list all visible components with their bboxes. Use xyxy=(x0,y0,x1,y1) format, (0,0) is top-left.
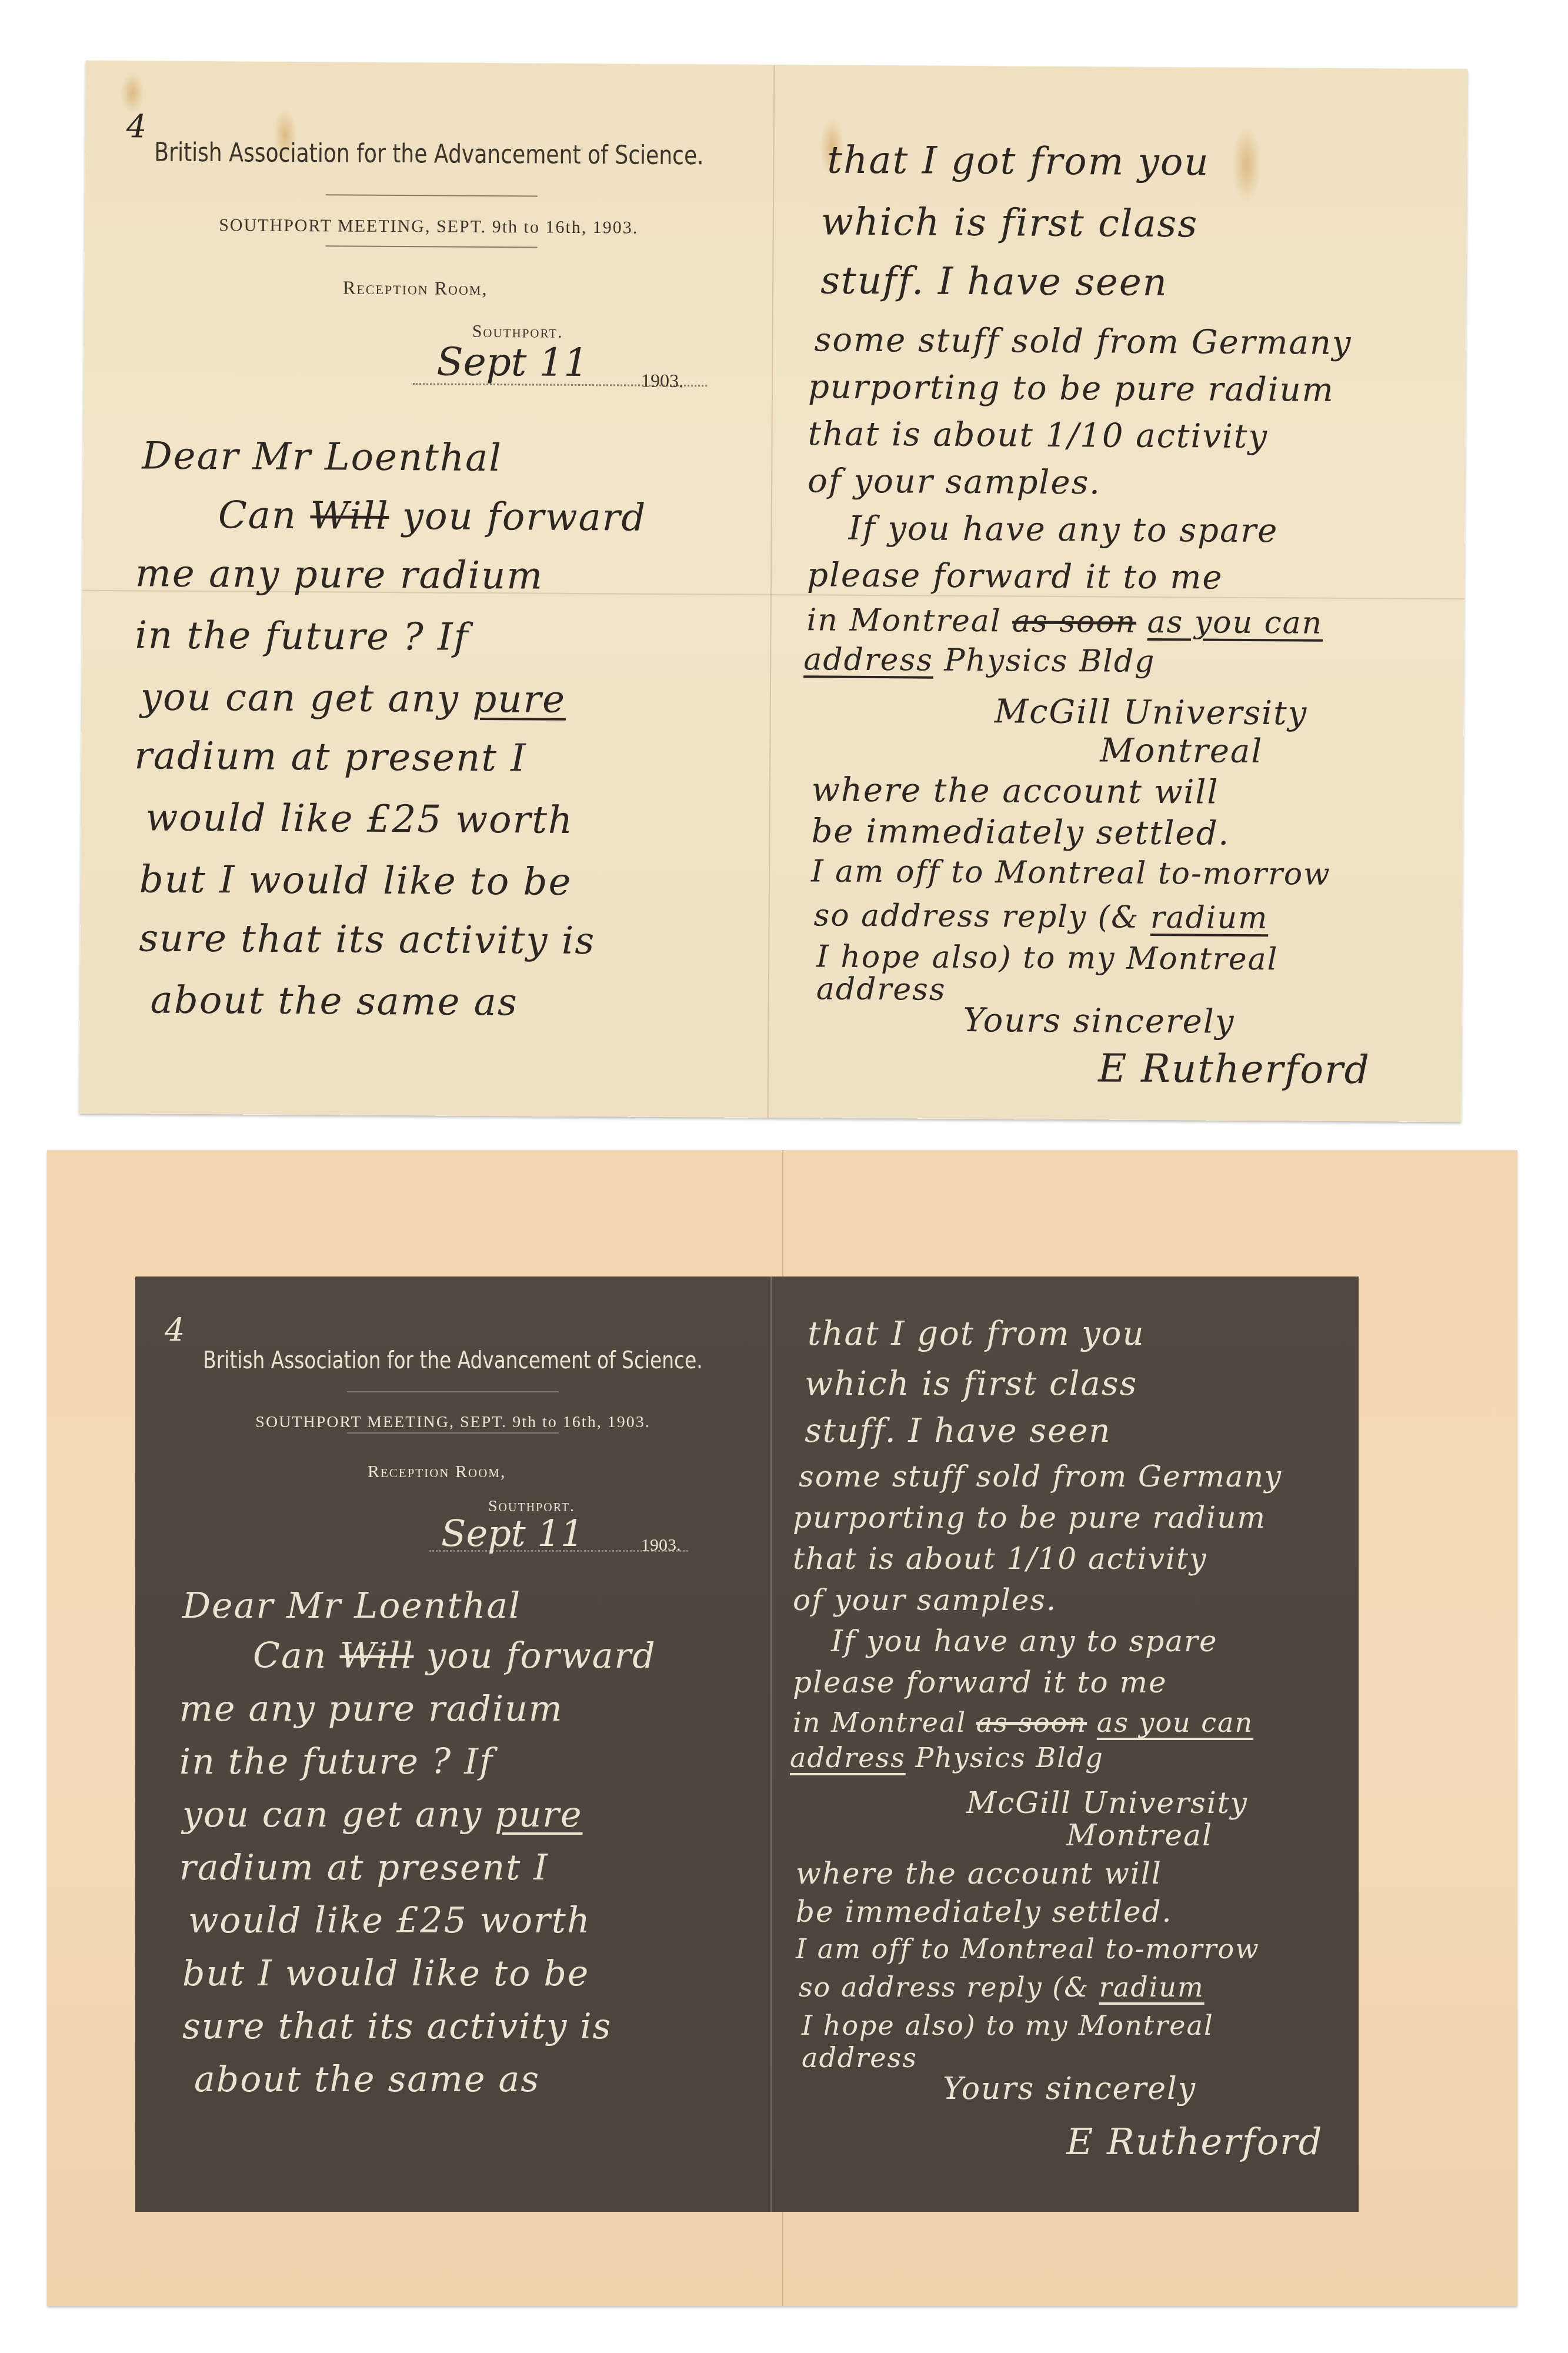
letter-line: If you have any to spare xyxy=(831,1627,1218,1656)
letter-line: stuff. I have seen xyxy=(805,1415,1111,1448)
letter-line: would like £25 worth xyxy=(188,1903,591,1938)
letter-line: Can Will you forward xyxy=(253,1638,656,1674)
letter-line: in the future ? If xyxy=(135,616,469,656)
letter-line: I am off to Montreal to-morrow xyxy=(811,856,1331,889)
letter-line: be immediately settled. xyxy=(796,1897,1172,1927)
letter-line: I hope also) to my Montreal xyxy=(816,941,1278,975)
closing: Yours sincerely xyxy=(943,2074,1196,2104)
letter-line: about the same as xyxy=(194,2062,540,2097)
address-line: Montreal xyxy=(1066,1821,1213,1850)
letter-line: address xyxy=(816,974,946,1005)
photostat-page-right: that I got from you which is first class… xyxy=(772,1277,1359,2212)
letter-line: I am off to Montreal to-morrow xyxy=(796,1935,1260,1962)
letter-line: where the account will xyxy=(812,774,1219,809)
letter-line: would like £25 worth xyxy=(145,799,573,839)
letter-line: please forward it to me xyxy=(807,559,1223,594)
photostat-mount: 4 British Association for the Advancemen… xyxy=(47,1150,1517,2306)
letter-line: sure that its activity is xyxy=(182,2009,612,2044)
letter-page-right: that I got from you which is first class… xyxy=(769,65,1468,1122)
letter-line: some stuff sold from Germany xyxy=(814,324,1352,360)
salutation: Dear Mr Loenthal xyxy=(182,1588,521,1624)
letter-line: so address reply (& radium xyxy=(813,900,1268,934)
letter-line: that I got from you xyxy=(808,1318,1145,1351)
letterhead-rule xyxy=(326,245,538,248)
letter-line: so address reply (& radium xyxy=(799,1974,1205,2001)
letter-line: of your samples. xyxy=(808,465,1101,499)
letter-line: be immediately settled. xyxy=(811,815,1230,850)
address-line: McGill University xyxy=(995,695,1308,730)
date-year: 1903. xyxy=(641,1535,681,1555)
letter-line: in the future ? If xyxy=(179,1744,493,1779)
letter-line: that I got from you xyxy=(827,142,1209,182)
letter-line: purporting to be pure radium xyxy=(793,1503,1266,1532)
letter-line: please forward it to me xyxy=(793,1668,1167,1697)
letterhead-rule xyxy=(326,194,538,196)
letter-line: sure that its activity is xyxy=(139,919,595,960)
letter-line: which is first class xyxy=(805,1368,1137,1401)
letter-line: radium at present I xyxy=(134,737,527,777)
letterhead-rule xyxy=(347,1391,559,1392)
letter-line: Can Will you forward xyxy=(218,496,647,536)
letter-line: which is first class xyxy=(821,203,1199,243)
photostat-page-left: 4 British Association for the Advancemen… xyxy=(135,1277,770,2212)
letterhead-organization: British Association for the Advancement … xyxy=(147,137,712,171)
letter-line: you can get any pure xyxy=(182,1797,583,1832)
date-year: 1903. xyxy=(641,370,683,392)
letterhead-meeting: SOUTHPORT MEETING, SEPT. 9th to 16th, 19… xyxy=(85,215,773,239)
salutation: Dear Mr Loenthal xyxy=(142,437,502,477)
letter-line: address Physics Bldg xyxy=(803,644,1155,677)
folio-mark: 4 xyxy=(126,108,147,145)
letter-line: you can get any pure xyxy=(141,678,566,718)
letter-line: but I would like to be xyxy=(139,861,572,901)
letterhead-room: Reception Room, xyxy=(368,1462,506,1482)
negative-photostat: 4 British Association for the Advancemen… xyxy=(135,1277,1359,2212)
address-line: Montreal xyxy=(1100,734,1263,768)
signature: E Rutherford xyxy=(1066,2124,1323,2160)
date-handwritten: Sept 11 xyxy=(441,1512,583,1555)
letter-line: in Montreal as soon as you can xyxy=(807,605,1323,638)
folio-mark: 4 xyxy=(165,1312,185,1349)
letter-page-left: 4 British Association for the Advancemen… xyxy=(79,61,774,1118)
letter-line: that is about 1/10 activity xyxy=(793,1544,1207,1574)
original-letter: 4 British Association for the Advancemen… xyxy=(79,61,1468,1122)
letter-line: about the same as xyxy=(151,982,518,1022)
letter-line: me any pure radium xyxy=(179,1691,563,1727)
letter-line: of your samples. xyxy=(793,1585,1057,1615)
signature: E Rutherford xyxy=(1098,1049,1370,1089)
letterhead-meeting: SOUTHPORT MEETING, SEPT. 9th to 16th, 19… xyxy=(135,1413,770,1432)
address-line: McGill University xyxy=(966,1788,1248,1818)
letter-line: address xyxy=(802,2044,918,2071)
letter-line: purporting to be pure radium xyxy=(808,371,1335,406)
letterhead-organization: British Association for the Advancement … xyxy=(192,1347,713,1374)
closing: Yours sincerely xyxy=(963,1004,1235,1039)
letter-line: where the account will xyxy=(796,1859,1162,1888)
letter-line: radium at present I xyxy=(179,1850,549,1885)
letter-line: in Montreal as soon as you can xyxy=(793,1709,1253,1736)
letter-line: address Physics Bldg xyxy=(790,1744,1104,1771)
letter-line: me any pure radium xyxy=(135,555,543,595)
letter-line: some stuff sold from Germany xyxy=(799,1462,1282,1491)
letter-line: If you have any to spare xyxy=(848,512,1278,548)
letterhead-rule xyxy=(347,1432,559,1434)
letter-line: stuff. I have seen xyxy=(820,262,1168,302)
letterhead-room: Reception Room, xyxy=(343,277,488,300)
letter-line: but I would like to be xyxy=(182,1956,589,1991)
letter-line: that is about 1/10 activity xyxy=(808,418,1268,454)
letter-line: I hope also) to my Montreal xyxy=(802,2012,1214,2039)
date-handwritten: Sept 11 xyxy=(436,339,588,385)
